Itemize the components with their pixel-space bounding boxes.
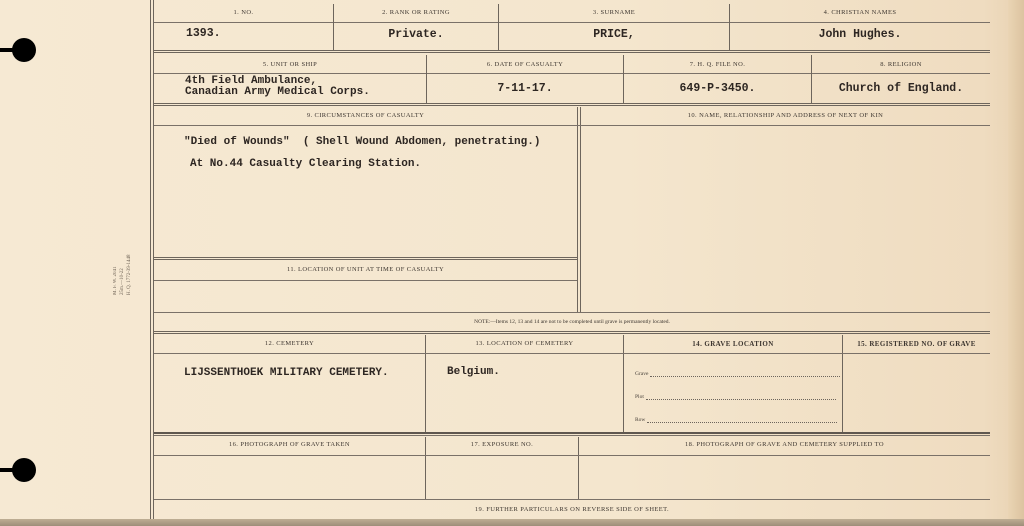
- record-card: M. F. W. 2041 25m.—10-22 H. Q. 1772-39-1…: [0, 0, 1024, 526]
- circumstances-line-2: At No.44 Casualty Clearing Station.: [190, 158, 421, 170]
- rule: [154, 125, 990, 126]
- field-12-label: 12. Cemetery: [154, 340, 425, 347]
- field-8-label: 8. Religion: [812, 61, 990, 68]
- hq-file-number: 649-P-3450.: [624, 82, 811, 95]
- field-11-label: 11. Location of Unit at Time of Casualty: [154, 266, 577, 273]
- unit-line-2: Canadian Army Medical Corps.: [185, 87, 370, 98]
- field-2-label: 2. Rank or Rating: [334, 9, 498, 16]
- field-10-label: 10. Name, Relationship and Address of Ne…: [581, 112, 990, 119]
- field-4-label: 4. Christian Names: [730, 9, 990, 16]
- rule: [154, 312, 990, 313]
- field-7-label: 7. H. Q. File No.: [624, 61, 811, 68]
- rank: Private.: [334, 28, 498, 41]
- divider: [842, 335, 843, 432]
- rule-thick: [154, 432, 990, 434]
- dotted-rule: [646, 395, 836, 400]
- rule-double: [154, 331, 990, 334]
- margin-print-line: M. F. W. 2041: [112, 235, 119, 295]
- border-left: [150, 0, 151, 519]
- divider: [425, 335, 426, 432]
- cemetery-name: LIJSSENTHOEK MILITARY CEMETERY.: [184, 367, 389, 379]
- field-15-label: 15. Registered No. of Grave: [843, 340, 990, 348]
- christian-names: John Hughes.: [730, 28, 990, 41]
- punch-hole-top: [12, 38, 36, 62]
- rule: [154, 499, 990, 500]
- field-18-label: 18. Photograph of Grave and Cemetery Sup…: [579, 441, 990, 448]
- rule: [154, 455, 990, 456]
- field-19-label: 19. Further Particulars on Reverse Side …: [154, 506, 990, 513]
- field-13-label: 13. Location of Cemetery: [426, 340, 623, 347]
- field-3-label: 3. Surname: [499, 9, 729, 16]
- field-16-label: 16. Photograph of Grave Taken: [154, 441, 425, 448]
- punch-hole-bottom: [12, 458, 36, 482]
- dotted-rule: [647, 418, 837, 423]
- rule: [154, 73, 990, 74]
- margin-print: M. F. W. 2041 25m.—10-22 H. Q. 1772-39-1…: [112, 235, 152, 295]
- field-6-label: 6. Date of Casualty: [427, 61, 623, 68]
- service-number: 1393.: [186, 27, 221, 40]
- card-edge-bottom: [0, 519, 1024, 526]
- cemetery-location: Belgium.: [447, 366, 500, 378]
- note-text: NOTE:—Items 12, 13 and 14 are not to be …: [154, 319, 990, 325]
- row-label: Row: [635, 417, 645, 423]
- divider: [623, 335, 624, 432]
- field-1-label: 1. No.: [154, 9, 333, 16]
- date-of-casualty: 7-11-17.: [427, 82, 623, 95]
- field-14-label: 14. Grave Location: [624, 340, 842, 348]
- grave-label: Grave: [635, 371, 648, 377]
- margin-print-line: H. Q. 1772-39-1448: [126, 235, 133, 295]
- grave-line: Grave: [635, 371, 840, 377]
- card-edge: [1008, 0, 1024, 526]
- field-9-label: 9. Circumstances of Casualty: [154, 112, 577, 119]
- field-5-label: 5. Unit or Ship: [154, 61, 426, 68]
- religion: Church of England.: [812, 82, 990, 95]
- dotted-rule: [650, 372, 840, 377]
- rule-double: [154, 257, 577, 260]
- margin-print-line: 25m.—10-22: [119, 235, 126, 295]
- surname: PRICE,: [499, 28, 729, 41]
- plot-line: Plot: [635, 394, 836, 400]
- field-17-label: 17. Exposure No.: [426, 441, 578, 448]
- rule: [154, 353, 990, 354]
- rule: [154, 280, 577, 281]
- rule-double: [154, 103, 990, 106]
- row-line: Row: [635, 417, 837, 423]
- rule: [154, 22, 990, 23]
- divider: [577, 107, 578, 312]
- rule-double: [154, 50, 990, 53]
- divider: [580, 107, 581, 312]
- plot-label: Plot: [635, 394, 644, 400]
- circumstances-line-1: "Died of Wounds" ( Shell Wound Abdomen, …: [184, 136, 540, 148]
- rule: [154, 435, 990, 436]
